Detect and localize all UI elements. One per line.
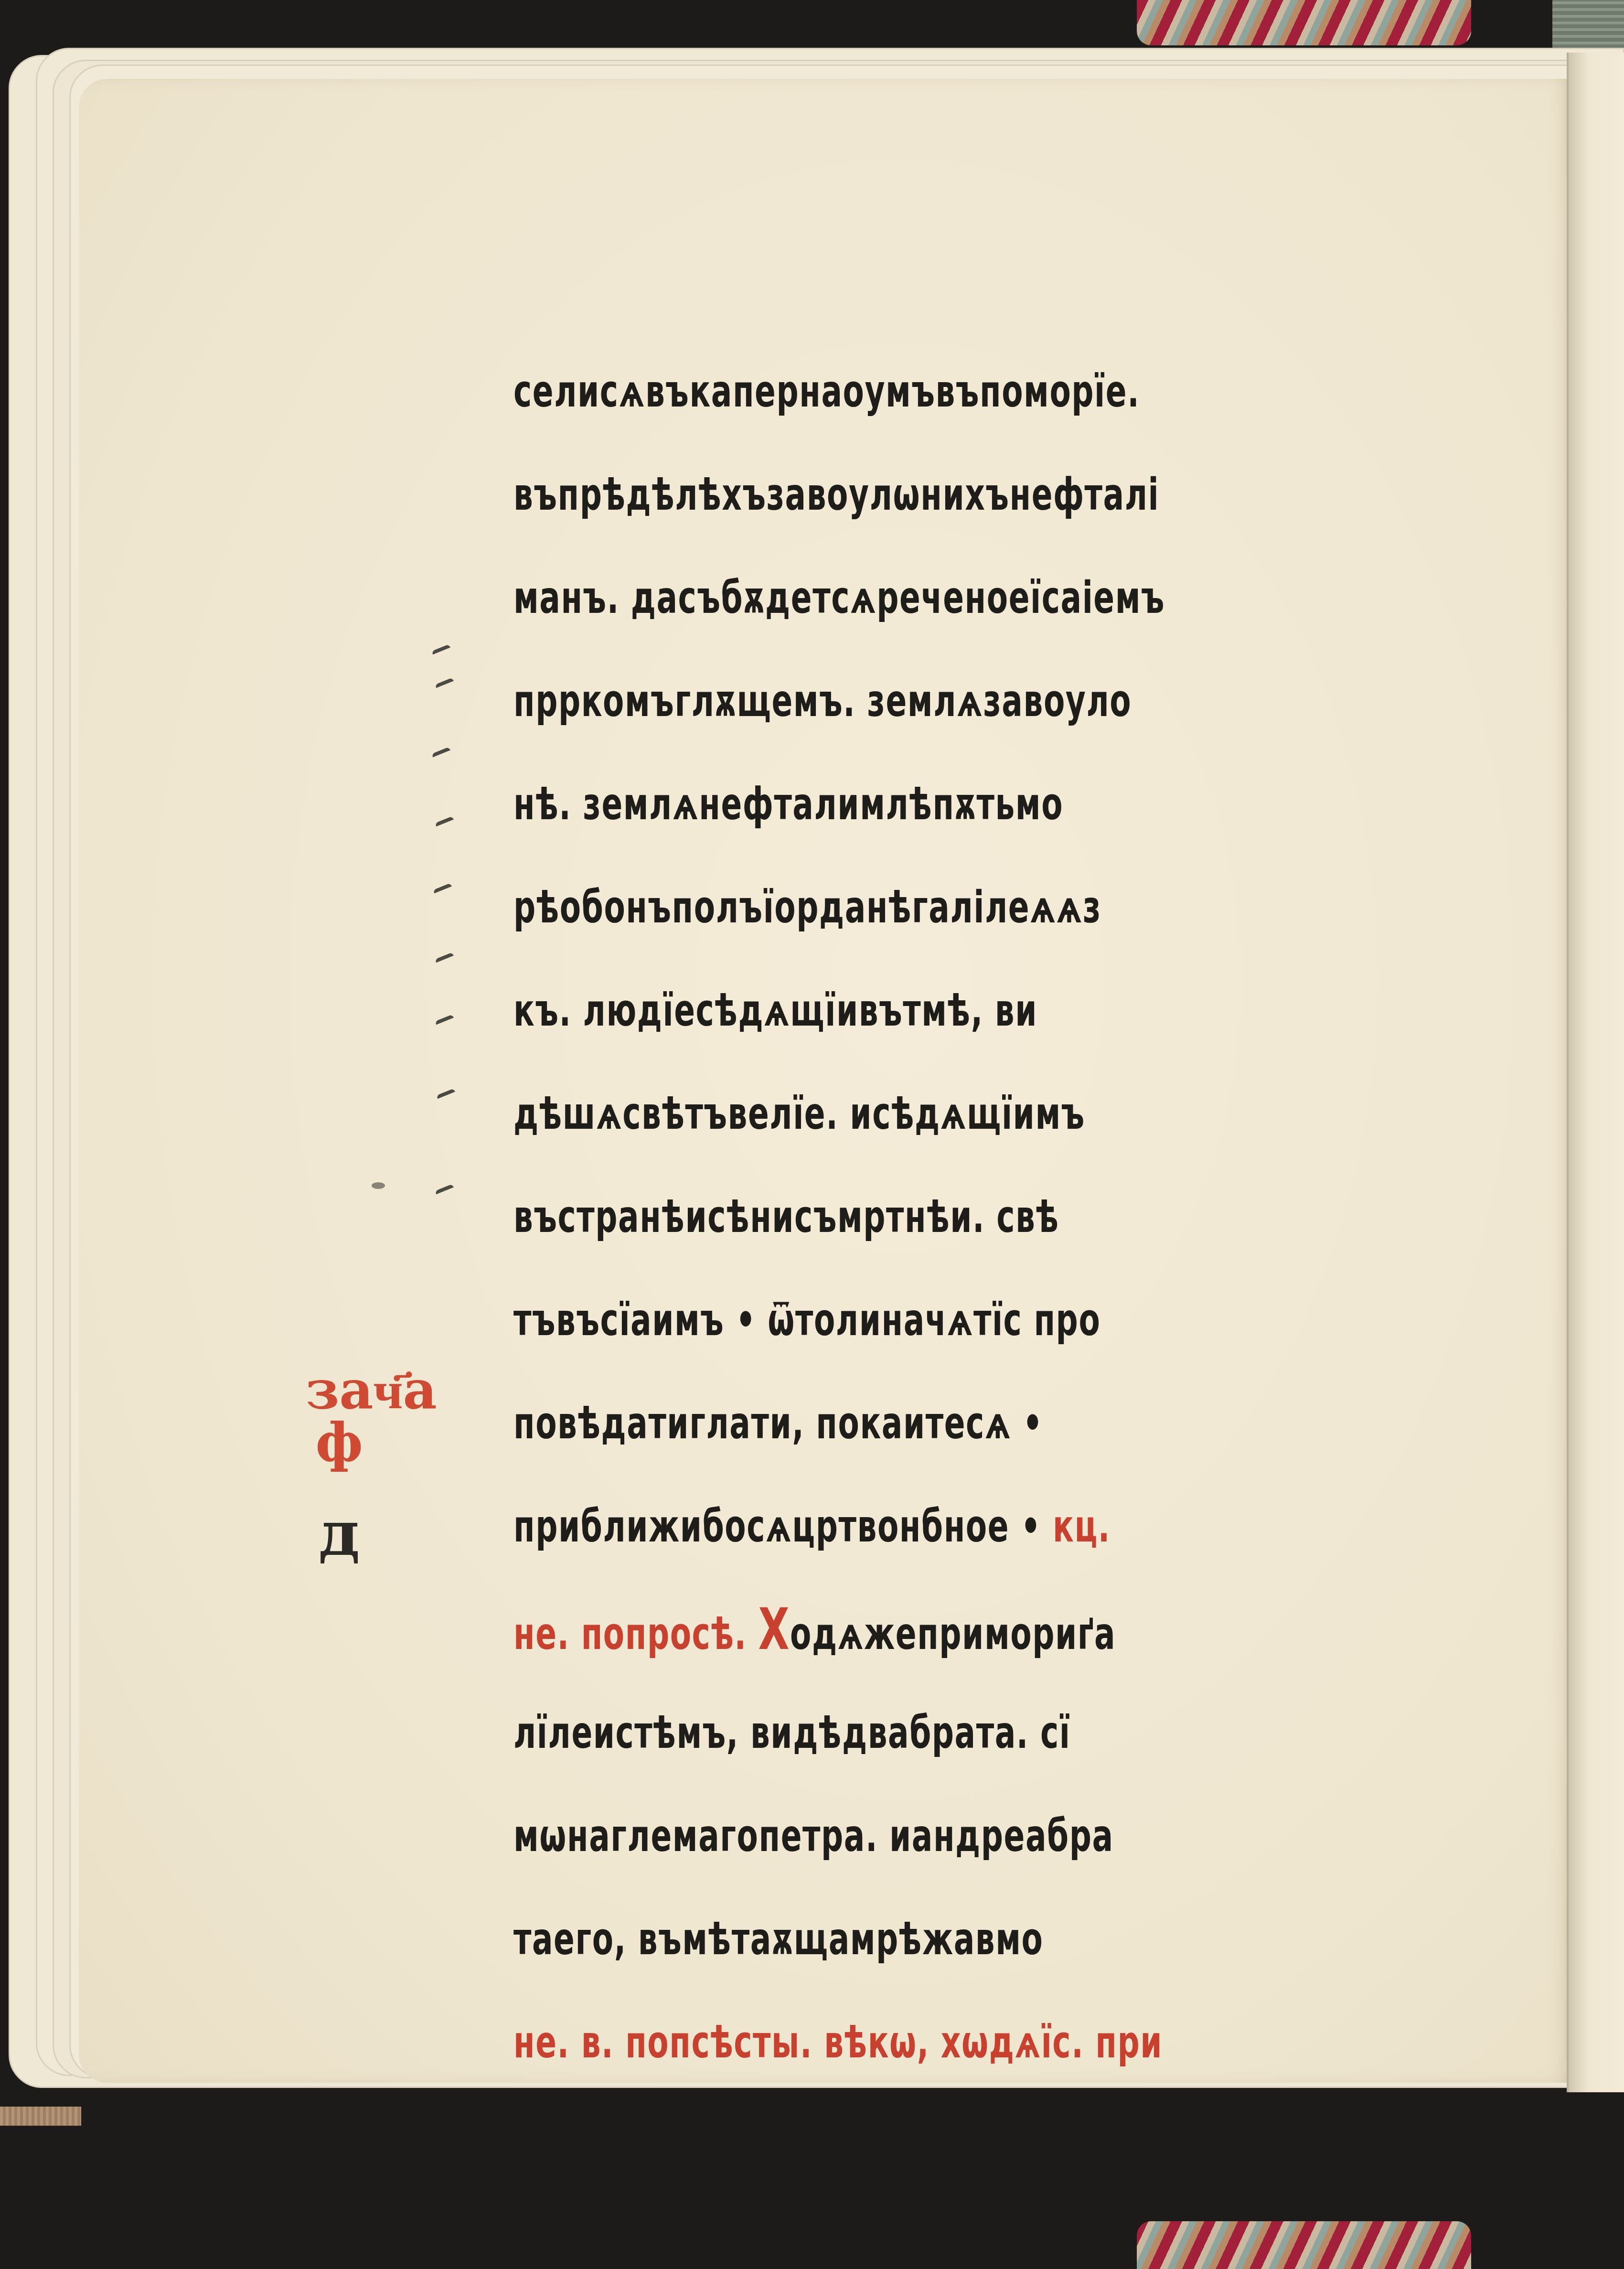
text-segment: мѡнаглемагопетра. иандреабра (513, 1810, 1114, 1862)
page-gutter (1567, 53, 1624, 2092)
text-segment: нѣ. землѧнефталимлѣпѫтьмо (513, 779, 1063, 830)
text-line-7: къ. людїесѣдѧщїивътмѣ, ви (513, 980, 1408, 1083)
headband-top (1137, 0, 1471, 45)
margin-quire-mark: д (306, 1502, 373, 1564)
text-segment: въпрѣдѣлѣхъзавоулѡнихънефталі (513, 469, 1159, 520)
text-segment: селисѧвъкапернаоумъвъпоморїе. (513, 366, 1140, 417)
text-line-1: селисѧвъкапернаоумъвъпоморїе. (513, 361, 1408, 464)
text-segment: прркомъглѫщемъ. землѧзавоуло (513, 675, 1132, 727)
text-line-6: рѣобонъполъїорданѣгалілеѧѧз (513, 877, 1408, 980)
text-segment: въстранѣисѣнисъмртнѣи. свѣ (513, 1191, 1059, 1242)
text-line-5: нѣ. землѧнефталимлѣпѫтьмо (513, 773, 1408, 877)
text-line-12: приближибосѧцртвонбное • кц. (513, 1496, 1408, 1599)
text-segment: къ. людїесѣдѧщїивътмѣ, ви (513, 985, 1037, 1036)
ink-spot (372, 1182, 385, 1189)
text-segment: лїлеистѣмъ, видѣдвабрата. сї (513, 1707, 1070, 1758)
text-segment: тъвъсїаимъ • ѿтолиначѧтїс про (513, 1295, 1100, 1346)
binding-cloth (1552, 0, 1624, 55)
text-line-8: дѣшѧсвѣтъвелїе. исѣдѧщїимъ (513, 1083, 1408, 1186)
text-line-4: прркомъглѫщемъ. землѧзавоуло (513, 670, 1408, 773)
text-segment: манъ. дасъбѫдетсѧреченоеїсаіемъ (513, 572, 1165, 623)
text-line-2: въпрѣдѣлѣхъзавоулѡнихънефталі (513, 464, 1408, 567)
text-line-9: въстранѣисѣнисъмртнѣи. свѣ (513, 1186, 1408, 1289)
text-segment: дѣшѧсвѣтъвелїе. исѣдѧщїимъ (513, 1088, 1085, 1139)
rubric-segment: не. в. попсѣсты. вѣкѡ, хѡдѧїс. при (513, 2017, 1163, 2068)
text-line-16: таего, въмѣтаѫщамрѣжавмо (513, 1908, 1408, 2012)
margin-rubric-second: ф (306, 1416, 373, 1469)
text-line-10: тъвъсїаимъ • ѿтолиначѧтїс про (513, 1289, 1408, 1392)
marginal-reading-number: зач҃а ф д (306, 1364, 373, 1564)
text-segment: таего, въмѣтаѫщамрѣжавмо (513, 1914, 1044, 1965)
text-segment: повѣдатиглати, покаитесѧ • (513, 1398, 1043, 1449)
text-line-14: лїлеистѣмъ, видѣдвабрата. сї (513, 1702, 1408, 1805)
text-line-15: мѡнаглемагопетра. иандреабра (513, 1805, 1408, 1908)
margin-rubric: зач҃а (306, 1364, 373, 1416)
headband-bottom (1137, 2221, 1471, 2269)
text-segment: рѣобонъполъїорданѣгалілеѧѧз (513, 882, 1101, 933)
text-line-3: манъ. дасъбѫдетсѧреченоеїсаіемъ (513, 567, 1408, 670)
text-line-13: не. попросѣ. Ходѧжепримориґа (513, 1599, 1408, 1702)
rubric-segment: кц. (1053, 1501, 1111, 1552)
text-line-17: не. в. попсѣсты. вѣкѡ, хѡдѧїс. при (513, 2012, 1408, 2115)
text-block: селисѧвъкапернаоумъвъпоморїе. въпрѣдѣлѣх… (513, 361, 1397, 2115)
rubric-segment: не. попросѣ. (513, 1608, 759, 1659)
text-segment: приближибосѧцртвонбное • (513, 1501, 1053, 1552)
text-segment: одѧжепримориґа (790, 1608, 1116, 1659)
text-line-11: повѣдатиглати, покаитесѧ • (513, 1392, 1408, 1496)
binding-strip (0, 2107, 81, 2126)
initial-letter: Х (759, 1596, 791, 1663)
manuscript-scan: зач҃а ф д селисѧвъкапернаоумъвъпоморїе. … (0, 0, 1624, 2269)
